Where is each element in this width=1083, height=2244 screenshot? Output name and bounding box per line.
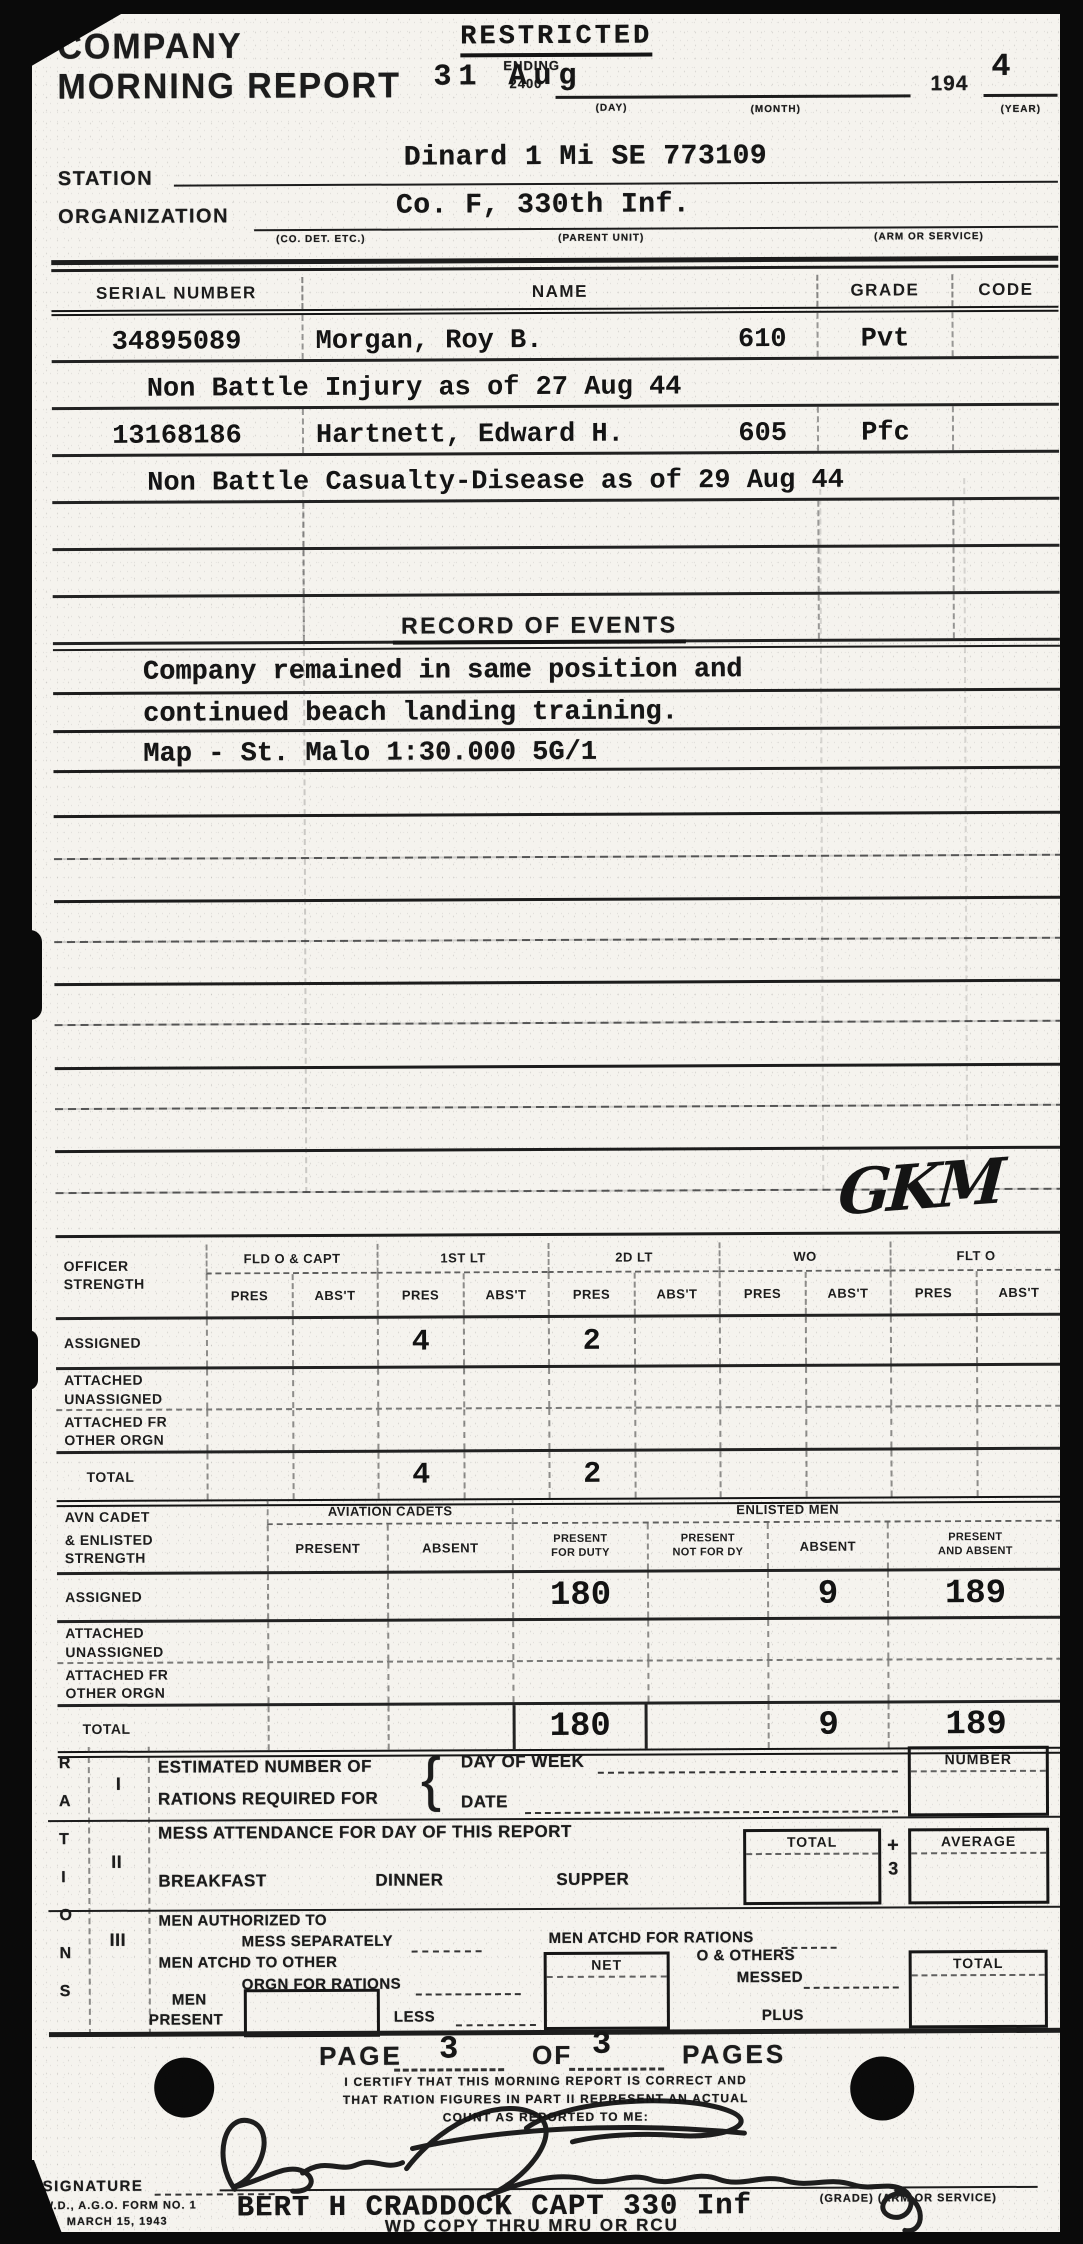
total-box-2-label: TOTAL — [912, 1955, 1045, 1977]
subcol-pres: PRES — [377, 1273, 463, 1315]
ruled-line — [53, 688, 1060, 695]
group-2d-lt: 2D LT — [548, 1242, 719, 1273]
roster-note-row: Non Battle Casualty-Disease as of 29 Aug… — [52, 453, 1059, 504]
rations-letter: S — [60, 1983, 71, 2001]
ruled-line — [55, 1063, 1062, 1070]
row-attached-unassigned: ATTACHED UNASSIGNED — [65, 1624, 164, 1661]
handwritten-initials: GKM — [836, 1144, 1004, 1230]
parent-unit-caption: (PARENT UNIT) — [558, 233, 644, 244]
roster-header-row: SERIAL NUMBER NAME GRADE CODE — [51, 274, 1058, 316]
roster-table: SERIAL NUMBER NAME GRADE CODE 34895089 M… — [51, 274, 1060, 645]
form-date: MARCH 15, 1943 — [67, 2216, 168, 2228]
subcol-abst: ABS'T — [804, 1271, 890, 1313]
events-line-1: Company remained in same position and — [143, 655, 743, 688]
enlisted-total-absent: 9 — [768, 1703, 888, 1748]
co-det-caption: (CO. DET. ETC.) — [276, 234, 366, 245]
grade-service-caption: (GRADE) (ARM OR SERVICE) — [820, 2192, 997, 2205]
section-divider — [51, 265, 1058, 272]
rations-letter: R — [59, 1755, 71, 1773]
classification-stamp: RESTRICTED — [460, 22, 652, 58]
o-and-others-line2: MESSED — [737, 1969, 803, 1986]
divide-sign: + — [887, 1834, 899, 1857]
men-present-line2: PRESENT — [149, 2011, 223, 2028]
year-caption: (YEAR) — [1001, 104, 1042, 115]
mess-attendance-title: MESS ATTENDANCE FOR DAY OF THIS REPORT — [158, 1822, 572, 1844]
scan-edge-top — [0, 0, 1083, 14]
date-blank — [525, 1810, 898, 1814]
record-of-events-title: RECORD OF EVENTS — [0, 610, 1081, 642]
day-of-week-label: DAY OF WEEK — [461, 1752, 585, 1773]
ruled-line — [53, 645, 1060, 651]
ration-col-line — [88, 1747, 91, 2035]
col-grade: GRADE — [816, 274, 951, 307]
row-total: TOTAL — [58, 1706, 268, 1751]
roster-note-row: Non Battle Injury as of 27 Aug 44 — [52, 359, 1059, 410]
officer-strength-table: OFFICER FLD O & CAPT 1ST LT 2D LT WO FLT… — [56, 1241, 1062, 1507]
o-and-others-line1: O & OTHERS — [697, 1947, 795, 1964]
officer-strength-title-1: OFFICER — [64, 1257, 129, 1275]
subcol-abst: ABS'T — [633, 1272, 719, 1314]
group-1st-lt: 1ST LT — [377, 1243, 548, 1274]
page-label: PAGE — [319, 2041, 403, 2072]
station-underline — [174, 181, 1058, 187]
dinner-label: DINNER — [375, 1870, 443, 1890]
grade-value: Pfc — [861, 418, 910, 448]
soldier-name: Hartnett, Edward H. — [316, 420, 624, 451]
station-label: STATION — [58, 168, 153, 191]
roster-row-morgan: 34895089 Morgan, Roy B. 610 Pvt — [51, 312, 1058, 363]
report-date-value: 31 Aug — [433, 60, 583, 95]
officer-strength-title-2: STRENGTH — [64, 1275, 145, 1294]
serial-number: 13168186 — [112, 421, 242, 452]
men-authorized-line1: MEN AUTHORIZED TO — [158, 1912, 327, 1930]
events-line-3: Map - St. Malo 1:30.000 5G/1 — [143, 738, 597, 770]
rations-letter: I — [61, 1869, 66, 1887]
average-box-label: AVERAGE — [911, 1833, 1046, 1855]
paper-sheet: COMPANY MORNING REPORT RESTRICTED ENDING… — [30, 13, 1062, 2235]
subcol-abst: ABS'T — [975, 1271, 1061, 1313]
col-code: CODE — [951, 274, 1058, 306]
scan-blob-left-2 — [24, 1330, 38, 1390]
avn-title-1: AVN CADET — [65, 1508, 150, 1527]
roster-row-hartnett: 13168186 Hartnett, Edward H. 605 Pfc — [52, 406, 1059, 457]
page-blank — [394, 2068, 504, 2071]
section-numeral-1: I — [116, 1774, 122, 1795]
breakfast-label: BREAKFAST — [158, 1871, 266, 1891]
date-label: DATE — [461, 1792, 508, 1812]
row-total: TOTAL — [56, 1453, 206, 1500]
officers-assigned-1lt-pres: 4 — [377, 1318, 463, 1365]
events-line-2: continued beach landing training. — [143, 697, 678, 729]
rations-letter: T — [59, 1831, 69, 1849]
scanned-morning-report: COMPANY MORNING REPORT RESTRICTED ENDING… — [0, 0, 1083, 2244]
row-attached-fr-other: ATTACHED FR OTHER ORGN — [65, 1665, 168, 1702]
row-assigned: ASSIGNED — [57, 1574, 267, 1620]
rations-letter: N — [60, 1945, 72, 1963]
ration-col-line — [148, 1747, 151, 2035]
subcol-abst: ABS'T — [462, 1273, 548, 1315]
subcol-pres: PRES — [206, 1274, 292, 1316]
col-serial-number: SERIAL NUMBER — [51, 277, 301, 310]
blank — [804, 1986, 899, 1988]
ruled-line-faint — [55, 1020, 1062, 1026]
section-numeral-3: III — [110, 1930, 127, 1951]
row-attached-unassigned: ATTACHED UNASSIGNED — [64, 1371, 163, 1408]
divisor: 3 — [888, 1858, 899, 1879]
number-box-label: NUMBER — [911, 1751, 1046, 1773]
men-atchd-other-line1: MEN ATCHD TO OTHER — [159, 1954, 338, 1972]
number-box: NUMBER — [908, 1746, 1049, 1817]
footer-divider — [49, 2028, 1066, 2037]
ruled-line-faint — [55, 1104, 1062, 1110]
day-caption: (DAY) — [596, 103, 628, 114]
signature-label: SIGNATURE — [43, 2178, 144, 2195]
ruled-line — [54, 896, 1061, 903]
col-absent: ABSENT — [767, 1522, 887, 1569]
subcol-abst: ABS'T — [291, 1274, 377, 1316]
arm-service-caption: (ARM OR SERVICE) — [874, 231, 984, 242]
col-present-not-for-duty: PRESENT NOT FOR DY — [647, 1523, 767, 1570]
rations-est-line1: ESTIMATED NUMBER OF — [158, 1757, 372, 1778]
roster-empty-row — [52, 500, 1059, 551]
station-value: Dinard 1 Mi SE 773109 — [404, 141, 767, 174]
group-enlisted-men: ENLISTED MEN — [512, 1496, 1062, 1524]
blank — [456, 2024, 536, 2026]
subcol-pres: PRES — [548, 1273, 634, 1315]
year-underline — [984, 94, 1058, 97]
officers-total-2lt-pres: 2 — [548, 1452, 634, 1498]
men-present-line1: MEN — [172, 1991, 207, 2008]
enlisted-total-grand: 189 — [888, 1703, 1063, 1748]
year-prefix: 194 — [930, 72, 968, 96]
form-title-line2: MORNING REPORT — [57, 66, 401, 108]
roster-empty-row — [53, 547, 1060, 598]
men-atchd-for-rations: MEN ATCHD FOR RATIONS — [549, 1929, 754, 1947]
ruled-line — [54, 811, 1061, 818]
supper-label: SUPPER — [556, 1870, 629, 1890]
col-cadets-absent: ABSENT — [387, 1524, 512, 1571]
average-box: AVERAGE — [908, 1828, 1049, 1905]
col-name: NAME — [301, 275, 816, 309]
pages-blank — [569, 2067, 664, 2070]
month-caption: (MONTH) — [751, 104, 801, 115]
enlisted-assigned-absent: 9 — [767, 1571, 887, 1617]
organization-value: Co. F, 330th Inf. — [396, 189, 690, 221]
page-value: 3 — [439, 2030, 458, 2067]
soldier-name: Morgan, Roy B. — [316, 326, 543, 357]
casualty-note: Non Battle Casualty-Disease as of 29 Aug… — [147, 466, 844, 499]
pages-label: PAGES — [682, 2039, 786, 2070]
pages-value: 3 — [592, 2026, 611, 2063]
ruled-line — [55, 1231, 1062, 1238]
col-cadets-present: PRESENT — [267, 1525, 387, 1572]
officers-assigned-2lt-pres: 2 — [548, 1318, 634, 1365]
subcol-pres: PRES — [719, 1272, 805, 1314]
blank — [416, 1993, 521, 1995]
officers-total-1lt-pres: 4 — [377, 1452, 463, 1498]
organization-label: ORGANIZATION — [58, 205, 229, 229]
date-underline — [556, 94, 911, 99]
enlisted-total-present: 180 — [513, 1705, 648, 1750]
enlisted-assigned-present: 180 — [512, 1573, 647, 1619]
men-authorized-line2: MESS SEPARATELY — [242, 1933, 393, 1951]
total-box-2: TOTAL — [909, 1950, 1048, 2029]
enlisted-assigned-total: 189 — [887, 1571, 1062, 1617]
form-number: W.D., A.G.O. FORM NO. 1 — [43, 2200, 197, 2213]
enlisted-strength-table: AVN CADET AVIATION CADETS ENLISTED MEN &… — [57, 1496, 1063, 1758]
ruled-line-faint — [54, 854, 1061, 860]
row-attached-fr-other: ATTACHED FR OTHER ORGN — [64, 1412, 167, 1449]
rations-letter: A — [59, 1793, 71, 1811]
avn-title-rest: & ENLISTED STRENGTH — [65, 1531, 153, 1568]
col-present-for-duty: PRESENT FOR DUTY — [512, 1524, 647, 1571]
scan-edge-bottom — [0, 2232, 1083, 2244]
section-numeral-2: II — [111, 1852, 122, 1873]
ruled-line-faint — [54, 937, 1061, 943]
section-divider — [51, 256, 1058, 265]
record-of-events-title-text: RECORD OF EVENTS — [393, 611, 686, 644]
group-wo: WO — [719, 1241, 890, 1272]
col-present-and-absent: PRESENT AND ABSENT — [887, 1522, 1062, 1569]
subcol-pres: PRES — [890, 1271, 976, 1313]
total-box-label: TOTAL — [746, 1834, 878, 1856]
net-box: NET — [544, 1951, 670, 2030]
scan-blob-left-1 — [24, 930, 42, 1020]
group-aviation-cadets: AVIATION CADETS — [267, 1498, 512, 1525]
mos-code: 605 — [738, 419, 787, 449]
total-box: TOTAL — [743, 1829, 881, 1906]
day-of-week-blank — [598, 1770, 898, 1773]
rations-est-line2: RATIONS REQUIRED FOR — [158, 1789, 378, 1810]
plus-label: PLUS — [762, 2007, 804, 2024]
grade-value: Pvt — [861, 324, 910, 354]
ruled-line — [54, 979, 1061, 986]
group-fldo-capt: FLD O & CAPT — [206, 1244, 377, 1275]
mos-code: 610 — [738, 325, 787, 355]
ration-divider — [48, 1906, 1065, 1912]
brace-glyph: { — [421, 1744, 442, 1813]
casualty-note: Non Battle Injury as of 27 Aug 44 — [147, 372, 682, 404]
row-assigned: ASSIGNED — [56, 1319, 206, 1367]
group-flt-o: FLT O — [890, 1241, 1061, 1272]
net-box-label: NET — [547, 1956, 667, 1978]
serial-number: 34895089 — [112, 327, 242, 358]
scan-edge-left — [0, 0, 32, 2244]
blank — [412, 1950, 482, 1952]
scan-edge-right — [1060, 0, 1083, 2244]
less-label: LESS — [394, 2008, 435, 2025]
year-value: 4 — [991, 48, 1010, 85]
of-label: OF — [532, 2040, 572, 2071]
